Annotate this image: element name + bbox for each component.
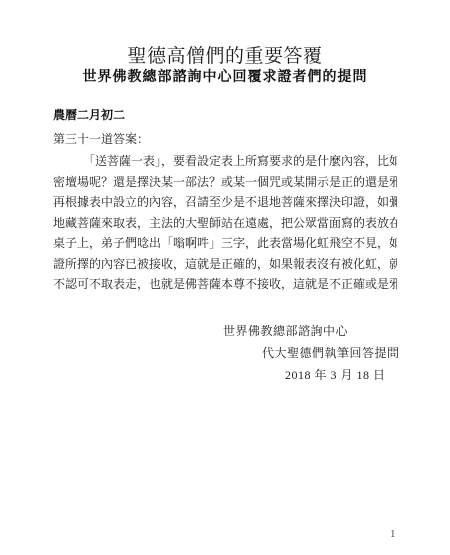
answer-body-paragraph: 「送菩薩一表」，要看設定表上所寫要求的是什麼內容，比如是建立內 密壇場呢？還是擇… — [53, 151, 397, 295]
answer-number-label: 第三十一道答案： — [53, 130, 149, 147]
body-text-line: 「送菩薩一表」，要看設定表上所寫要求的是什麼內容，比如是建立內 — [53, 151, 397, 172]
lunar-date-heading: 農曆二月初二 — [53, 106, 125, 123]
body-text-line: 證所擇的內容已被接收，這就是正確的，如果報表沒有被化虹，就說明菩薩 — [53, 254, 397, 275]
page-number: 1 — [390, 528, 396, 540]
document-page: 聖德高僧們的重要答覆 世界佛教總部諮詢中心回覆求證者們的提問 農曆二月初二 第三… — [0, 0, 450, 555]
document-subtitle: 世界佛教總部諮詢中心回覆求證者們的提問 — [0, 66, 450, 86]
body-text-line: 再根據表中設立的內容，召請至少是不退地菩薩來擇決印證，如彌勒菩薩、 — [53, 192, 397, 213]
body-text-line: 地藏菩薩來取表，主法的大聖師站在遠處，把公眾當面寫的表放在弟子面前 — [53, 213, 397, 234]
signature-date: 2018 年 3 月 18 日 — [285, 366, 386, 383]
body-text-line: 桌子上，弟子們唸出「嗡啊吽」三字，此表當場化虹飛空不見，如此聖境印 — [53, 233, 397, 254]
body-text-line: 密壇場呢？還是擇決某一部法？或某一個咒或某開示是正的還是邪的？然後 — [53, 172, 397, 193]
document-title: 聖德高僧們的重要答覆 — [0, 41, 450, 68]
body-text-line: 不認可不取表走，也就是佛菩薩本尊不接收，這就是不正確或是邪惡的。 — [53, 274, 397, 295]
signature-byline: 代大聖德們執筆回答提問 — [262, 344, 400, 361]
signature-organization: 世界佛教總部諮詢中心 — [223, 322, 348, 339]
